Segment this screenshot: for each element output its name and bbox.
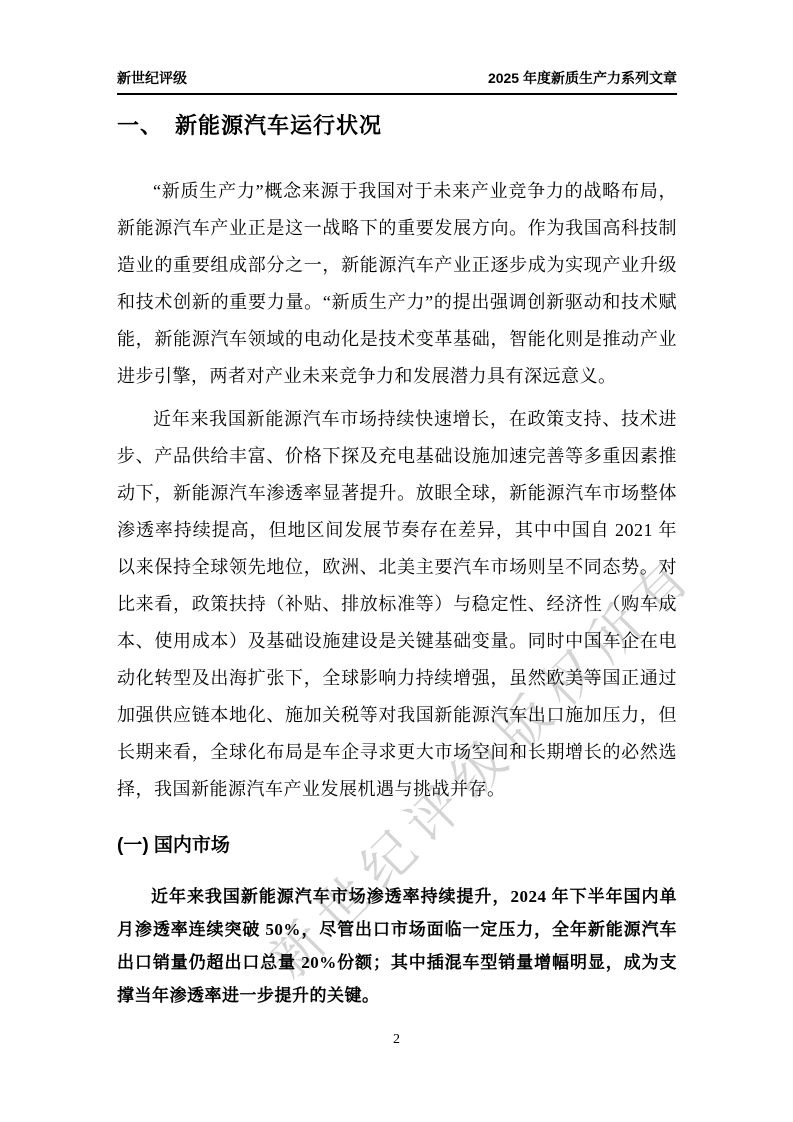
paragraph-1: “新质生产力”概念来源于我国对于未来产业竞争力的战略布局，新能源汽车产业正是这一… [117, 173, 677, 395]
page-footer: 2 [0, 1032, 793, 1048]
page-header: 新世纪评级 2025 年度新质生产力系列文章 [117, 0, 677, 95]
page-content: 新世纪评级 2025 年度新质生产力系列文章 一、 新能源汽车运行状况 “新质生… [117, 0, 677, 1012]
subsection-heading-domestic-market: (一) 国内市场 [117, 834, 677, 858]
page-number: 2 [393, 1032, 400, 1047]
header-left-title: 新世纪评级 [117, 70, 187, 87]
paragraph-2: 近年来我国新能源汽车市场持续快速增长，在政策支持、技术进步、产品供给丰富、价格下… [117, 401, 677, 808]
bold-summary-paragraph: 近年来我国新能源汽车市场渗透率持续提升，2024 年下半年国内单月渗透率连续突破… [117, 880, 677, 1012]
section-heading-1: 一、 新能源汽车运行状况 [117, 113, 677, 139]
header-right-title: 2025 年度新质生产力系列文章 [488, 70, 677, 87]
document-page: 新世纪评级版权所有 新世纪评级 2025 年度新质生产力系列文章 一、 新能源汽… [0, 0, 793, 1122]
